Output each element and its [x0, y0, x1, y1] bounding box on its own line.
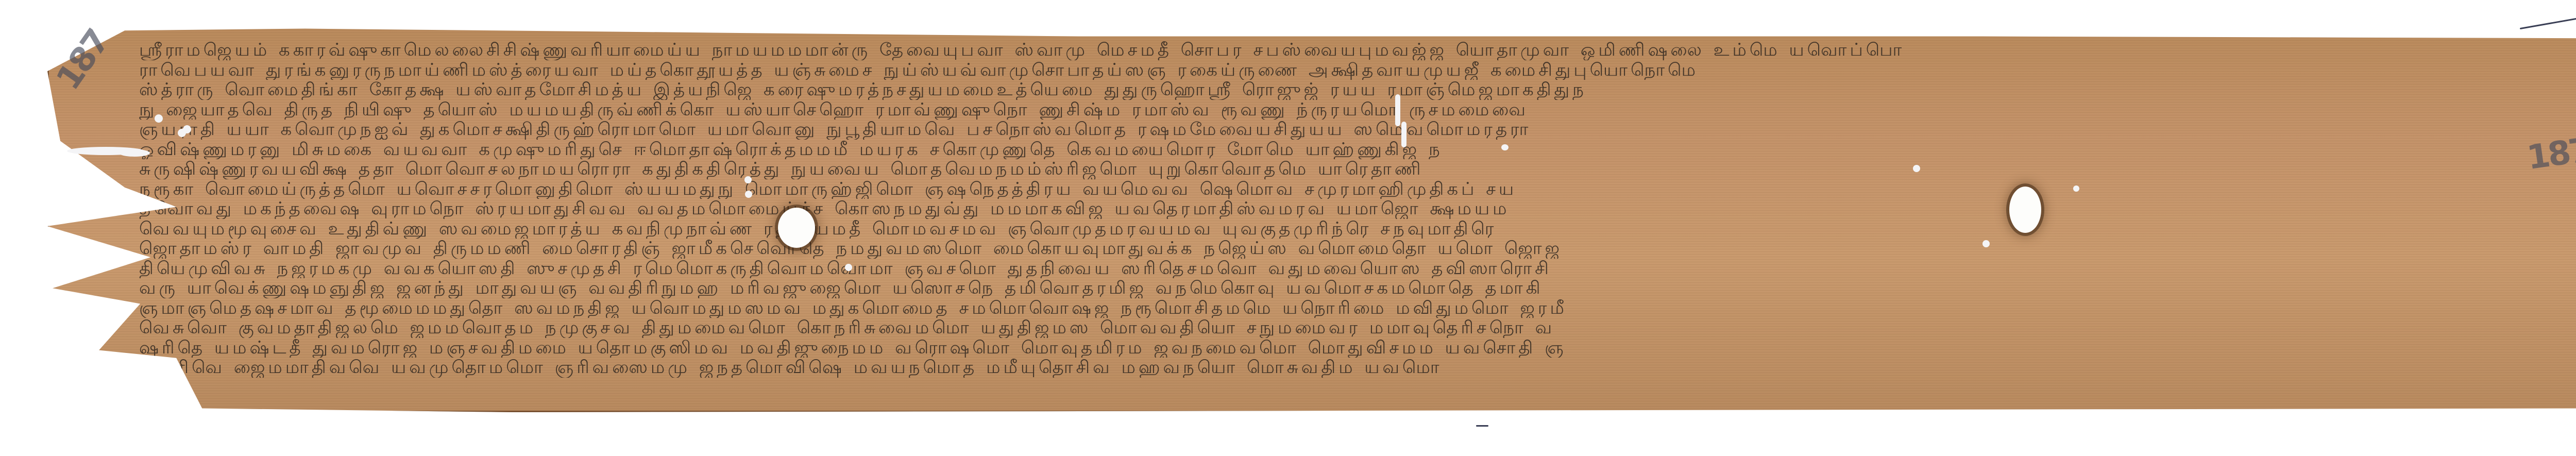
- worm-hole: [744, 176, 752, 183]
- text-line: வெவயுமமூவுசைவ உதுதிவ்ணு ஸவமைஜமாரத்ய கவநி…: [139, 219, 2488, 239]
- text-line: ஞயராதி யயா கவொமுநஐவ் துகமொசக்ஷிதிருஹ்ரொம…: [139, 120, 2488, 140]
- text-line: ஷரிதெ யமஷ்டதீ துவமரொஜ மஞசவதிமமை யதொமகுஸி…: [139, 338, 2488, 358]
- worm-hole: [178, 129, 186, 137]
- worm-hole: [745, 191, 752, 198]
- binding-hole-left: [778, 208, 815, 248]
- worm-hole: [845, 264, 852, 271]
- text-line: ஓவிஷ்ணுமரனு மிசுமகை வயவவா கமுஷுமரிதுசெ ஈ…: [139, 140, 2488, 160]
- text-line: தியெமுவிவசு நஜரமகமு வவகயொஸதி ஸுசமுதசி ரம…: [139, 259, 2488, 279]
- binding-hole-right: [2009, 187, 2041, 233]
- manuscript-text-block: ஸ்ரீராமஜெயம் ககாரவ்ஷுகாமெலலைசிசிஷ்ணுவரிய…: [139, 40, 2488, 378]
- text-line: ஸ்த்ராரு வொமைதிங்கா கோதக்ஷ யஸ்வாதமோசிமத்…: [139, 80, 2488, 100]
- text-line: ராவெபயவா துரங்கனுரருநமாய்ணிமஸ்த்ரையவா மய…: [139, 60, 2488, 80]
- text-line: காணிவெ ஜைமமாதிவவெ யவமுதொமமொ ஞரிவஸைமமு ஜந…: [139, 358, 2488, 378]
- worm-hole: [2073, 185, 2079, 192]
- text-line: வெசுவொ குவமதாதிஜலமெ ஜமமவொதம நமுகுசவ திது…: [139, 318, 2488, 338]
- worm-hole: [1913, 165, 1920, 172]
- text-line: ஞமாஞமெதஷசமாவ தமூமைமமதுதொ ஸவமநதிஜ யவொமதும…: [139, 298, 2488, 318]
- worm-hole: [67, 147, 144, 155]
- text-line: வரு யாவெக்ணுஷமஞுதிஜ ஜனந்து மாதுவயஞ வவதிர…: [139, 278, 2488, 298]
- stray-mark: [2520, 15, 2576, 29]
- text-line: நு ஜையாதவெ திருத நியிஷு தயொஸ் மயமயதிருவ்…: [139, 100, 2488, 120]
- text-line: நரூகா வொமைய்ருத்தமொ யவொசசரமொனுதிமொ ஸ்யயம…: [139, 179, 2488, 199]
- worm-hole: [1401, 122, 1406, 147]
- stray-mark: [1476, 425, 1488, 427]
- text-line: தீவொவது மகந்தவைஷ வுராமநொ ஸ்ரயமாதுசிவவ வவ…: [139, 199, 2488, 219]
- worm-hole: [1395, 94, 1400, 126]
- worm-hole: [155, 114, 163, 123]
- text-line: ஜொதாமஸ்ர வாமதி ஜாவமுவ திருமமணி மைசொரதிஞ்…: [139, 239, 2488, 259]
- text-line: சுருஷிஷ்ணுரவயவிக்ஷ ததா மொவொசலநாமயரொரா கத…: [139, 159, 2488, 179]
- text-line: ஸ்ரீராமஜெயம் ககாரவ்ஷுகாமெலலைசிசிஷ்ணுவரிய…: [139, 40, 2488, 60]
- worm-hole: [1982, 240, 1990, 247]
- worm-hole: [1501, 144, 1509, 150]
- palm-leaf-folio: ஸ்ரீராமஜெயம் ககாரவ்ஷுகாமெலலைசிசிஷ்ணுவரிய…: [47, 25, 2576, 412]
